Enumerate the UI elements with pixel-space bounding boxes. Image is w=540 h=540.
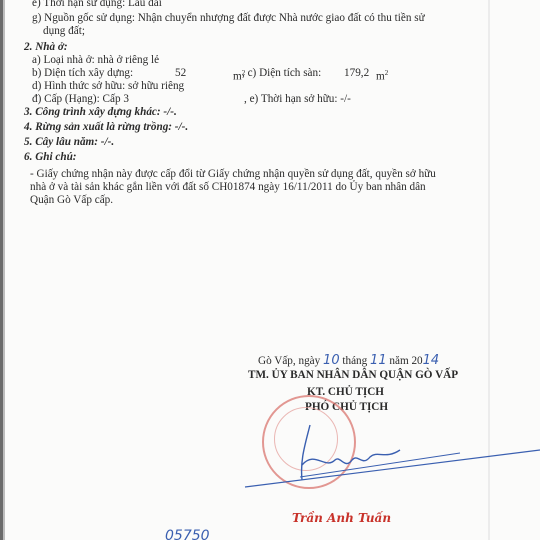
land-term: e) Thời hạn sử dụng: Lâu dài (32, 0, 162, 10)
issuing-authority: TM. ỦY BAN NHÂN DÂN QUẬN GÒ VẤP (248, 369, 458, 382)
signing-month: 11 (370, 353, 387, 368)
signer-name: Trần Anh Tuấn (292, 512, 391, 525)
signing-year: 14 (423, 353, 440, 368)
section-perennial-trees: 5. Cây lâu năm: -/-. (24, 136, 114, 149)
signing-place-date: Gò Vấp, ngày 10 tháng 11 năm 2014 (258, 354, 439, 368)
house-type: a) Loại nhà ở: nhà ở riêng lẻ (32, 54, 159, 67)
house-floor-area-value: 179,2 (344, 67, 369, 80)
note-line2: nhà ở và tài sản khác gắn liền với đất s… (30, 181, 426, 194)
handwritten-signature-icon (240, 405, 540, 495)
house-building-area-label: b) Diện tích xây dựng: (32, 67, 133, 80)
house-ownership-term: , e) Thời hạn sở hữu: -/- (244, 93, 351, 106)
land-origin-line2: dụng đất; (43, 25, 85, 38)
house-building-area-value: 52 (175, 67, 186, 80)
land-origin-line1: g) Nguồn gốc sử dụng: Nhận chuyển nhượng… (32, 12, 425, 25)
house-heading: 2. Nhà ở: (24, 41, 68, 54)
section-production-forest: 4. Rừng sản xuất là rừng trồng: -/-. (24, 121, 188, 134)
certificate-page: e) Thời hạn sử dụng: Lâu dài g) Nguồn gố… (0, 0, 540, 540)
section-notes: 6. Ghi chú: (24, 151, 77, 164)
serial-number: 05750 (165, 530, 210, 540)
house-floor-area-unit: m2 (376, 67, 388, 84)
signing-day: 10 (323, 353, 340, 368)
house-floor-area-label: , c) Diện tích sàn: (242, 67, 321, 80)
house-ownership: d) Hình thức sở hữu: sở hữu riêng (32, 80, 184, 93)
note-line1: - Giấy chứng nhận này được cấp đổi từ Gi… (30, 168, 436, 181)
house-grade: đ) Cấp (Hạng): Cấp 3 (32, 93, 129, 106)
note-line3: Quận Gò Vấp cấp. (30, 194, 113, 207)
section-other-construction: 3. Công trình xây dựng khác: -/-. (24, 106, 177, 119)
